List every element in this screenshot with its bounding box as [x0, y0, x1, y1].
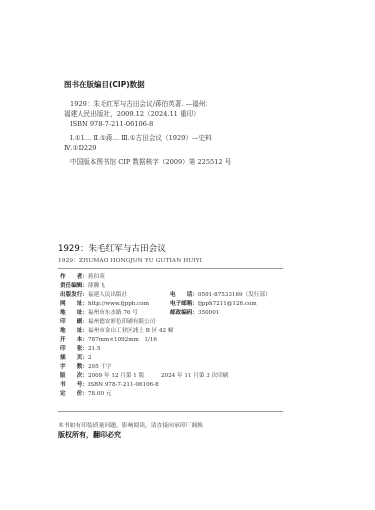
postcode-value: 350001: [198, 310, 219, 317]
printer-address-label: 地 址：: [60, 328, 88, 335]
plates-label: 插 页：: [60, 355, 88, 362]
cip-line: Ⅰ.①1… Ⅱ.①蒋… Ⅲ.①古田会议（1929）—史料: [70, 134, 212, 143]
words-row: 字 数： 295 千字: [60, 364, 112, 371]
cip-line: 1929：朱毛红军与古田会议/蒋伯英著. —福州：: [70, 100, 212, 109]
price-row: 定 价： 78.00 元: [60, 391, 111, 398]
plates-value: 2: [88, 355, 92, 362]
cip-line: 福建人民出版社，2009.12（2024.11 重印）: [64, 110, 200, 119]
address-label: 地 址：: [60, 310, 88, 317]
book-pinyin: 1929：ZHUMAO HONGJUN YU GUTIAN HUIYI: [58, 255, 202, 264]
divider: [58, 268, 283, 269]
author-row: 作 者： 蒋伯英: [60, 274, 105, 281]
email-label: 电子邮箱：: [170, 301, 198, 308]
price-label: 定 价：: [60, 391, 88, 398]
words-label: 字 数：: [60, 364, 88, 371]
sheets-label: 印 张：: [60, 346, 88, 353]
plates-row: 插 页： 2: [60, 355, 92, 362]
phone-label: 电 话：: [170, 292, 198, 299]
postcode-label: 邮政编码：: [170, 310, 198, 317]
publisher-value: 福建人民出版社: [88, 292, 170, 299]
address-row: 地 址： 福州市东水路 76 号 邮政编码： 350001: [60, 310, 219, 317]
address-value: 福州市东水路 76 号: [88, 310, 170, 317]
cip-heading: 图书在版编目(CIP)数据: [64, 79, 145, 90]
website-row: 网 址： http://www.fjpph.com 电子邮箱： fjpph721…: [60, 301, 257, 308]
printer-row: 印 刷： 福州德安彩色印刷有限公司: [60, 319, 155, 326]
editor-row: 责任编辑： 薛腾飞: [60, 283, 105, 290]
format-value: 787mm×1092mm 1/16: [88, 337, 157, 344]
phone-value: 0591-87533169（发行部）: [198, 292, 271, 299]
author-value: 蒋伯英: [88, 274, 105, 281]
isbn-value: ISBN 978-7-211-06106-8: [88, 382, 159, 389]
format-label: 开 本：: [60, 337, 88, 344]
words-value: 295 千字: [88, 364, 112, 371]
isbn-row: 书 号： ISBN 978-7-211-06106-8: [60, 382, 159, 389]
printer-value: 福州德安彩色印刷有限公司: [88, 319, 155, 326]
printer-address-value: 福州市金山工业区浦上 B 区 42 幢: [88, 328, 173, 335]
publisher-row: 出版发行： 福建人民出版社 电 话： 0591-87533169（发行部）: [60, 292, 271, 299]
edition-label: 版 次：: [60, 373, 88, 380]
editor-value: 薛腾飞: [88, 283, 105, 290]
sheets-row: 印 张： 21.5: [60, 346, 100, 353]
website-value: http://www.fjpph.com: [88, 301, 170, 308]
edition-row: 版 次： 2009 年 12 月第 1 版 2024 年 11 月第 3 次印刷: [60, 373, 228, 380]
isbn-label: 书 号：: [60, 382, 88, 389]
email-value: fjpph7211@126.com: [198, 301, 257, 308]
divider: [58, 411, 283, 412]
book-title: 1929：朱毛红军与古田会议: [58, 242, 166, 254]
cip-line: ISBN 978-7-211-06106-8: [70, 120, 153, 129]
printer-label: 印 刷：: [60, 319, 88, 326]
sheets-value: 21.5: [88, 346, 100, 353]
edition-value: 2009 年 12 月第 1 版 2024 年 11 月第 3 次印刷: [88, 373, 228, 380]
cip-line: Ⅳ.①D229: [64, 144, 96, 153]
publisher-label: 出版发行：: [60, 292, 88, 299]
editor-label: 责任编辑：: [60, 283, 88, 290]
printer-address-row: 地 址： 福州市金山工业区浦上 B 区 42 幢: [60, 328, 173, 335]
price-value: 78.00 元: [88, 391, 111, 398]
quality-notice: 本书如有印装质量问题，影响阅读，请直接向承印厂调换: [58, 420, 203, 429]
format-row: 开 本： 787mm×1092mm 1/16: [60, 337, 157, 344]
website-label: 网 址：: [60, 301, 88, 308]
copyright-notice: 版权所有，翻印必究: [58, 430, 121, 440]
author-label: 作 者：: [60, 274, 88, 281]
cip-line: 中国版本图书馆 CIP 数据核字（2009）第 225512 号: [70, 158, 231, 167]
